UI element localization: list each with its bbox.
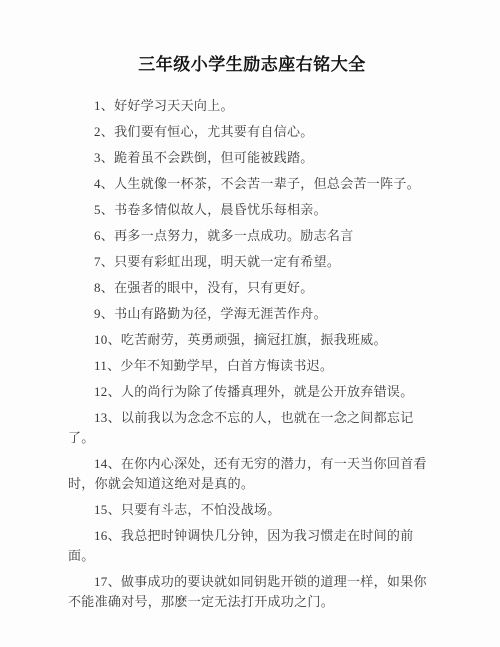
- motto-item: 6、再多一点努力，就多一点成功。励志名言: [68, 226, 436, 246]
- page-title: 三年级小学生励志座右铭大全: [68, 54, 436, 76]
- motto-item: 5、书卷多情似故人，晨昏忧乐每相亲。: [68, 200, 436, 220]
- motto-list: 1、好好学习天天向上。2、我们要有恒心，尤其要有自信心。3、跪着虽不会跌倒，但可…: [68, 96, 436, 612]
- motto-item: 8、在强者的眼中，没有，只有更好。: [68, 278, 436, 298]
- motto-item: 17、做事成功的要诀就如同钥匙开锁的道理一样，如果你不能准确对号，那麽一定无法打…: [68, 572, 436, 612]
- motto-item: 10、吃苦耐劳，英勇顽强，摘冠扛旗，振我班威。: [68, 330, 436, 350]
- document-page: 三年级小学生励志座右铭大全 1、好好学习天天向上。2、我们要有恒心，尤其要有自信…: [0, 0, 500, 647]
- motto-item: 4、人生就像一杯茶，不会苦一辈子，但总会苦一阵子。: [68, 174, 436, 194]
- motto-item: 2、我们要有恒心，尤其要有自信心。: [68, 122, 436, 142]
- motto-item: 7、只要有彩虹出现，明天就一定有希望。: [68, 252, 436, 272]
- motto-item: 11、少年不知勤学早，白首方悔读书迟。: [68, 356, 436, 376]
- motto-item: 13、以前我以为念念不忘的人，也就在一念之间都忘记了。: [68, 408, 436, 448]
- motto-item: 9、书山有路勤为径，学海无涯苦作舟。: [68, 304, 436, 324]
- motto-item: 3、跪着虽不会跌倒，但可能被践踏。: [68, 148, 436, 168]
- motto-item: 16、我总把时钟调快几分钟，因为我习惯走在时间的前面。: [68, 526, 436, 566]
- motto-item: 14、在你内心深处，还有无穷的潜力，有一天当你回首看时，你就会知道这绝对是真的。: [68, 454, 436, 494]
- motto-item: 1、好好学习天天向上。: [68, 96, 436, 116]
- motto-item: 15、只要有斗志，不怕没战场。: [68, 500, 436, 520]
- motto-item: 12、人的尚行为除了传播真理外，就是公开放弃错误。: [68, 382, 436, 402]
